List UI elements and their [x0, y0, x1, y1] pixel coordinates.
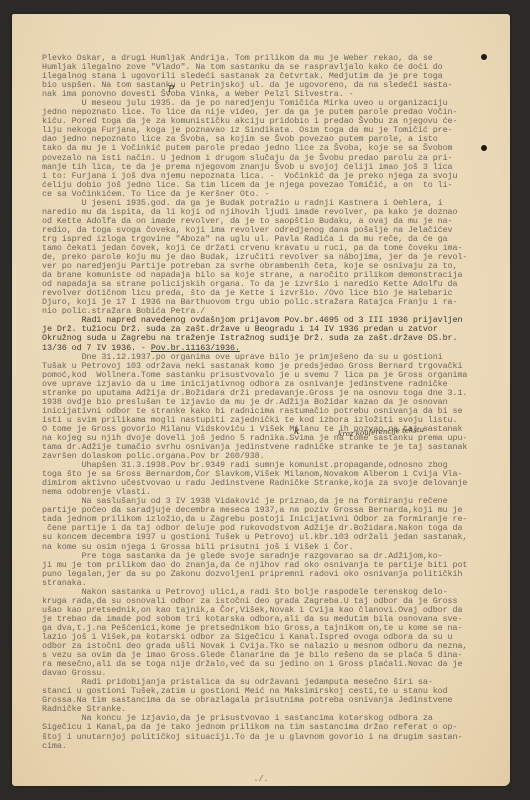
- text-line: cima.: [42, 742, 508, 751]
- text-line: štoj i unutarnjoj političkoj situaciji.T…: [42, 733, 508, 742]
- text-line: ra mesečno,ali da se toga nije držalo,ve…: [42, 660, 508, 669]
- text-line: puno legalan,jer da su po Zakonu dozvolj…: [42, 570, 508, 579]
- handwritten-mark: P: [168, 85, 174, 95]
- document-page: Plevko Oskar, a drugi Humljak Andrija. T…: [12, 14, 510, 786]
- typewritten-text: Plevko Oskar, a drugi Humljak Andrija. T…: [42, 54, 508, 751]
- text-line: 13/36 od 7 IV 1936. -: [42, 343, 151, 353]
- page-continuation-mark: ./.: [12, 774, 510, 784]
- reference-number: Pov.br.11163/1936.: [151, 343, 240, 353]
- handwritten-mark: k: [294, 427, 299, 437]
